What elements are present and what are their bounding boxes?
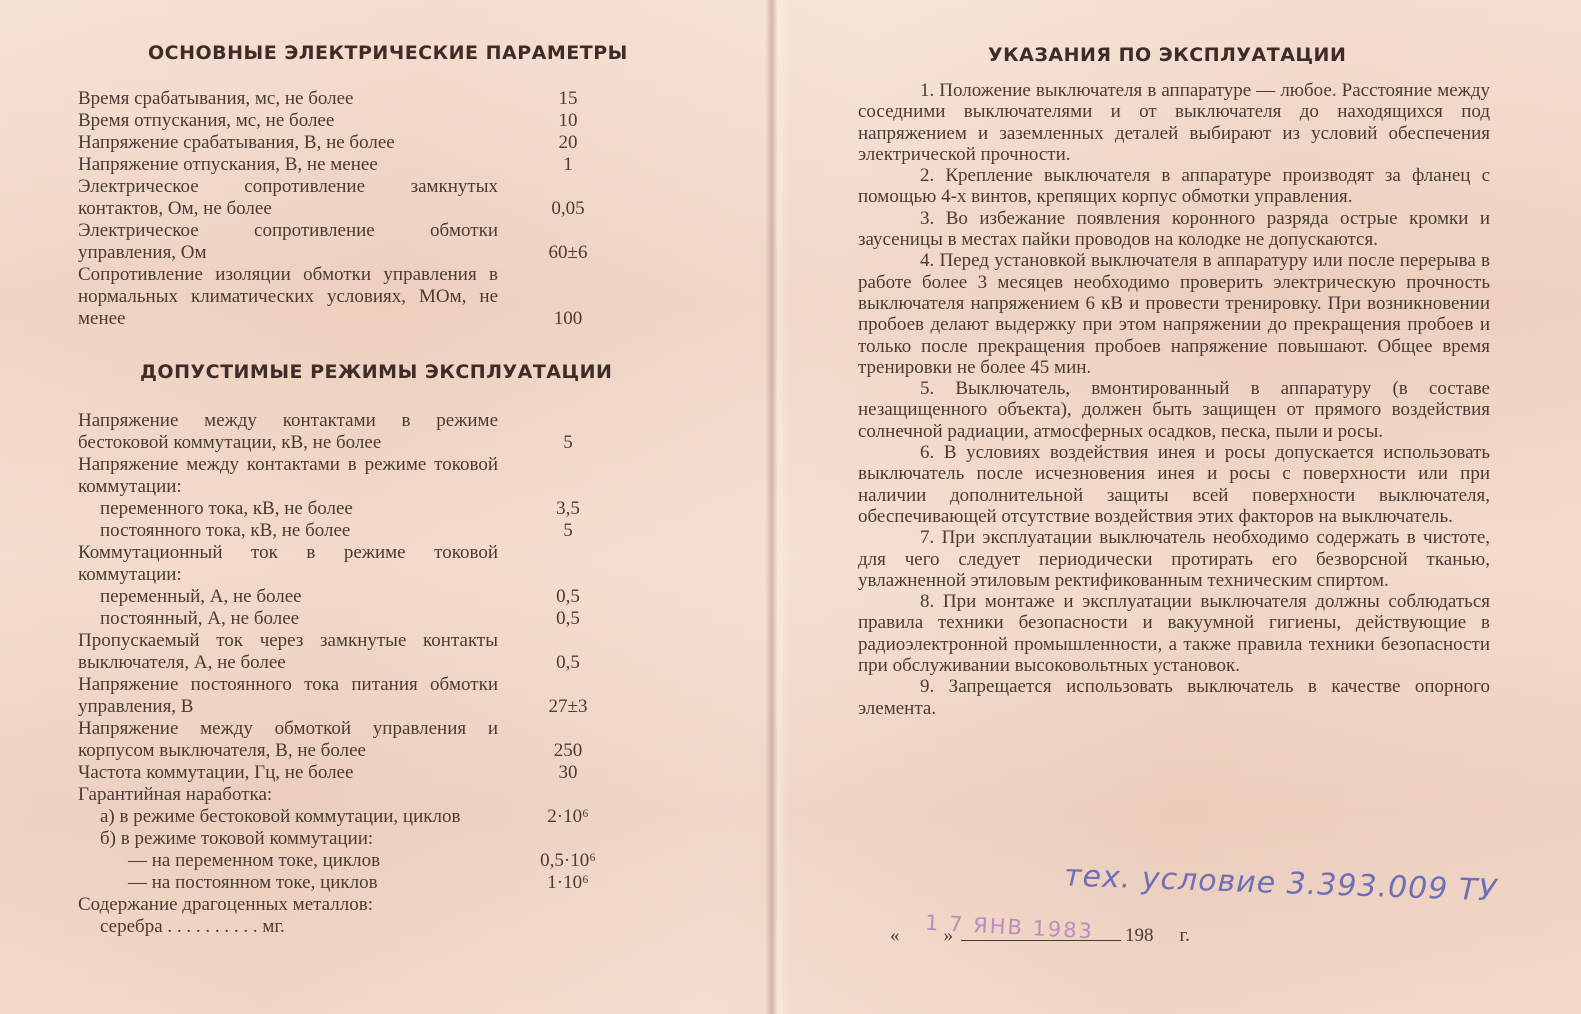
parameter-label: Гарантийная наработка: (78, 784, 498, 806)
parameter-label: Напряжение между обмоткой управления и к… (78, 718, 498, 762)
parameter-row: Гарантийная наработка: (78, 784, 638, 806)
parameter-label: Сопротивление изоляции обмотки управлени… (78, 264, 498, 330)
parameter-label: Время срабатывания, мс, не более (78, 88, 498, 110)
parameter-row: Коммутационный ток в режиме токовой комм… (78, 542, 638, 586)
parameter-value: 30 (498, 762, 638, 784)
parameter-row: серебра . . . . . . . . . . мг. (78, 916, 638, 938)
parameter-label: — на постоянном токе, циклов (78, 872, 498, 894)
parameter-value: 0,5·10⁶ (498, 850, 638, 872)
parameter-row: — на переменном токе, циклов0,5·10⁶ (78, 850, 638, 872)
parameter-label: — на переменном токе, циклов (78, 850, 498, 872)
parameter-row: Напряжение срабатывания, В, не более20 (78, 132, 638, 154)
parameter-row: Сопротивление изоляции обмотки управлени… (78, 264, 638, 330)
heading-operating-instructions: УКАЗАНИЯ ПО ЭКСПЛУАТАЦИИ (988, 44, 1346, 66)
instructions-list: 1. Положение выключателя в аппаратуре — … (858, 80, 1490, 719)
parameter-row: Напряжение между обмоткой управления и к… (78, 718, 638, 762)
parameter-value: 100 (498, 308, 638, 330)
instruction-item: 7. При эксплуатации выключатель необходи… (858, 527, 1490, 591)
parameter-row: Электрическое сопротивление обмотки упра… (78, 220, 638, 264)
parameter-label: Электрическое сопротивление замкнутых ко… (78, 176, 498, 220)
parameter-value: 5 (498, 520, 638, 542)
parameter-value: 0,5 (498, 652, 638, 674)
parameter-row: переменный, А, не более0,5 (78, 586, 638, 608)
instruction-item: 8. При монтаже и эксплуатации выключател… (858, 591, 1490, 676)
parameter-value: 10 (498, 110, 638, 132)
parameter-row: Напряжение отпускания, В, не менее1 (78, 154, 638, 176)
parameter-value: 5 (498, 432, 638, 454)
main-parameters-list: Время срабатывания, мс, не более15Время … (78, 88, 638, 330)
parameter-label: Напряжение между контактами в режиме бес… (78, 410, 498, 454)
parameter-value: 27±3 (498, 696, 638, 718)
instruction-item: 4. Перед установкой выключателя в аппара… (858, 250, 1490, 378)
instruction-item: 3. Во избежание появления коронного разр… (858, 208, 1490, 251)
parameter-label: Коммутационный ток в режиме токовой комм… (78, 542, 498, 586)
year-suffix: г. (1180, 925, 1190, 947)
parameter-label: постоянный, А, не более (78, 608, 498, 630)
instruction-item: 1. Положение выключателя в аппаратуре — … (858, 80, 1490, 165)
parameter-label: б) в режиме токовой коммутации: (78, 828, 498, 850)
parameter-label: переменного тока, кВ, не более (78, 498, 498, 520)
parameter-row: постоянный, А, не более0,5 (78, 608, 638, 630)
parameter-label: серебра . . . . . . . . . . мг. (78, 916, 498, 938)
year-prefix: 198 (1125, 925, 1154, 947)
parameter-label: переменный, А, не более (78, 586, 498, 608)
parameter-row: Время отпускания, мс, не более10 (78, 110, 638, 132)
parameter-row: — на постоянном токе, циклов1·10⁶ (78, 872, 638, 894)
parameter-row: Напряжение между контактами в режиме бес… (78, 410, 638, 454)
parameter-row: Время срабатывания, мс, не более15 (78, 88, 638, 110)
parameter-label: постоянного тока, кВ, не более (78, 520, 498, 542)
parameter-row: Электрическое сопротивление замкнутых ко… (78, 176, 638, 220)
parameter-value: 1 (498, 154, 638, 176)
parameter-row: переменного тока, кВ, не более3,5 (78, 498, 638, 520)
parameter-label: Напряжение срабатывания, В, не более (78, 132, 498, 154)
parameter-label: Содержание драгоценных металлов: (78, 894, 498, 916)
parameter-row: Частота коммутации, Гц, не более30 (78, 762, 638, 784)
parameter-row: б) в режиме токовой коммутации: (78, 828, 638, 850)
parameter-row: Напряжение между контактами в режиме ток… (78, 454, 638, 498)
parameter-value: 0,05 (498, 198, 638, 220)
parameter-value: 60±6 (498, 242, 638, 264)
parameter-label: Время отпускания, мс, не более (78, 110, 498, 132)
parameter-label: Пропускаемый ток через замкнутые контакт… (78, 630, 498, 674)
instruction-item: 9. Запрещается использовать выключатель … (858, 676, 1490, 719)
heading-main-parameters: ОСНОВНЫЕ ЭЛЕКТРИЧЕСКИЕ ПАРАМЕТРЫ (148, 42, 628, 64)
parameter-label: Напряжение отпускания, В, не менее (78, 154, 498, 176)
open-quote: « (890, 925, 900, 947)
parameter-row: Напряжение постоянного тока питания обмо… (78, 674, 638, 718)
parameter-row: а) в режиме бестоковой коммутации, цикло… (78, 806, 638, 828)
parameter-value: 2·10⁶ (498, 806, 638, 828)
parameter-label: Напряжение постоянного тока питания обмо… (78, 674, 498, 718)
parameter-row: Содержание драгоценных металлов: (78, 894, 638, 916)
instruction-item: 6. В условиях воздействия инея и росы до… (858, 442, 1490, 527)
parameter-value: 20 (498, 132, 638, 154)
parameter-value: 250 (498, 740, 638, 762)
operating-modes-list: Напряжение между контактами в режиме бес… (78, 410, 638, 938)
parameter-row: Пропускаемый ток через замкнутые контакт… (78, 630, 638, 674)
instruction-item: 5. Выключатель, вмонтированный в аппарат… (858, 378, 1490, 442)
parameter-value: 3,5 (498, 498, 638, 520)
instruction-item: 2. Крепление выключателя в аппаратуре пр… (858, 165, 1490, 208)
parameter-row: постоянного тока, кВ, не более5 (78, 520, 638, 542)
parameter-value: 0,5 (498, 586, 638, 608)
parameter-value: 0,5 (498, 608, 638, 630)
parameter-label: Напряжение между контактами в режиме ток… (78, 454, 498, 498)
parameter-label: а) в режиме бестоковой коммутации, цикло… (78, 806, 498, 828)
parameter-value: 1·10⁶ (498, 872, 638, 894)
parameter-label: Электрическое сопротивление обмотки упра… (78, 220, 498, 264)
heading-operating-modes: ДОПУСТИМЫЕ РЕЖИМЫ ЭКСПЛУАТАЦИИ (140, 361, 612, 383)
parameter-label: Частота коммутации, Гц, не более (78, 762, 498, 784)
parameter-value: 15 (498, 88, 638, 110)
